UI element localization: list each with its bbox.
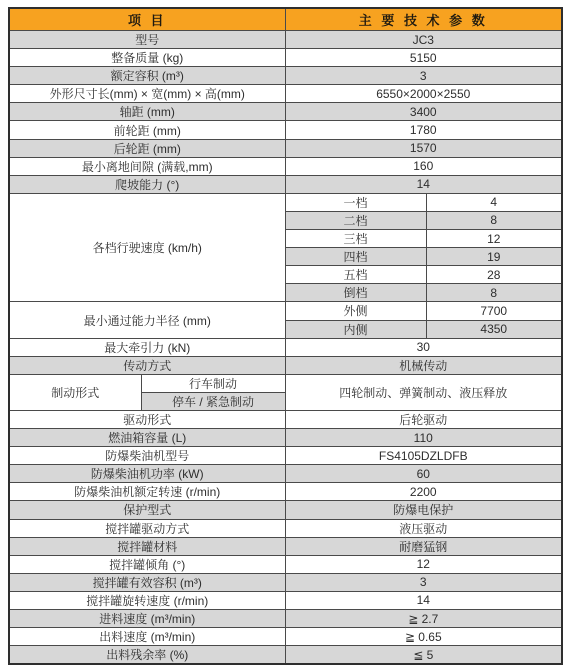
spec-label: 最小离地间隙 (满载,mm) <box>9 157 285 175</box>
spec-label: 出料残余率 (%) <box>9 646 285 665</box>
table-row: 外形尺寸长(mm) × 宽(mm) × 高(mm)6550×2000×2550 <box>9 85 562 103</box>
spec-sublabel: 倒档 <box>285 284 426 302</box>
spec-label-merged: 各档行驶速度 (km/h) <box>9 193 285 302</box>
spec-value: 耐磨猛钢 <box>285 537 562 555</box>
spec-label: 传动方式 <box>9 356 285 374</box>
spec-sublabel: 一档 <box>285 193 426 211</box>
spec-value: 8 <box>426 284 562 302</box>
spec-value: 60 <box>285 465 562 483</box>
table-row: 最大牵引力 (kN)30 <box>9 338 562 356</box>
spec-label: 驱动形式 <box>9 410 285 428</box>
spec-sublabel: 三档 <box>285 230 426 248</box>
spec-value: 14 <box>285 175 562 193</box>
spec-label: 额定容积 (m³) <box>9 67 285 85</box>
spec-label: 搅拌罐有效容积 (m³) <box>9 573 285 591</box>
spec-label: 搅拌罐材料 <box>9 537 285 555</box>
spec-value: 1780 <box>285 121 562 139</box>
table-row: 轴距 (mm)3400 <box>9 103 562 121</box>
header-item-column: 项 目 <box>9 8 285 31</box>
spec-label: 搅拌罐驱动方式 <box>9 519 285 537</box>
table-row: 进料速度 (m³/min)≧ 2.7 <box>9 610 562 628</box>
spec-label-merged: 最小通过能力半径 (mm) <box>9 302 285 338</box>
table-row: 爬坡能力 (°)14 <box>9 175 562 193</box>
table-row: 驱动形式后轮驱动 <box>9 410 562 428</box>
table-row: 搅拌罐旋转速度 (r/min)14 <box>9 591 562 609</box>
spec-label: 外形尺寸长(mm) × 宽(mm) × 高(mm) <box>9 85 285 103</box>
spec-value: 3 <box>285 573 562 591</box>
spec-value: FS4105DZLDFB <box>285 447 562 465</box>
spec-value: ≧ 2.7 <box>285 610 562 628</box>
table-row: 搅拌罐材料耐磨猛钢 <box>9 537 562 555</box>
spec-sublabel: 行车制动 <box>141 374 285 392</box>
table-header-row: 项 目 主 要 技 术 参 数 <box>9 8 562 31</box>
spec-label: 出料速度 (m³/min) <box>9 628 285 646</box>
spec-sublabel: 停车 / 紧急制动 <box>141 392 285 410</box>
table-row: 防爆柴油机功率 (kW)60 <box>9 465 562 483</box>
table-row: 搅拌罐驱动方式液压驱动 <box>9 519 562 537</box>
spec-sheet: 项 目 主 要 技 术 参 数 型号JC3整备质量 (kg)5150额定容积 (… <box>0 0 569 672</box>
spec-label: 前轮距 (mm) <box>9 121 285 139</box>
table-row: 防爆柴油机额定转速 (r/min)2200 <box>9 483 562 501</box>
spec-sublabel: 外侧 <box>285 302 426 320</box>
spec-value: 7700 <box>426 302 562 320</box>
table-row: 各档行驶速度 (km/h)一档4 <box>9 193 562 211</box>
table-row: 额定容积 (m³)3 <box>9 67 562 85</box>
table-row: 后轮距 (mm)1570 <box>9 139 562 157</box>
table-row: 型号JC3 <box>9 31 562 49</box>
spec-label: 最大牵引力 (kN) <box>9 338 285 356</box>
spec-label: 燃油箱容量 (L) <box>9 429 285 447</box>
spec-table-body: 型号JC3整备质量 (kg)5150额定容积 (m³)3外形尺寸长(mm) × … <box>9 31 562 665</box>
header-params-column: 主 要 技 术 参 数 <box>285 8 562 31</box>
spec-value: 2200 <box>285 483 562 501</box>
spec-label: 整备质量 (kg) <box>9 49 285 67</box>
spec-value: JC3 <box>285 31 562 49</box>
spec-value: 1570 <box>285 139 562 157</box>
table-row: 整备质量 (kg)5150 <box>9 49 562 67</box>
table-row: 燃油箱容量 (L)110 <box>9 429 562 447</box>
spec-value: 机械传动 <box>285 356 562 374</box>
spec-value: 28 <box>426 266 562 284</box>
spec-value: 5150 <box>285 49 562 67</box>
spec-value: 防爆电保护 <box>285 501 562 519</box>
table-row: 前轮距 (mm)1780 <box>9 121 562 139</box>
spec-label-merged: 制动形式 <box>9 374 141 410</box>
spec-label: 后轮距 (mm) <box>9 139 285 157</box>
spec-value: ≧ 0.65 <box>285 628 562 646</box>
spec-label: 爬坡能力 (°) <box>9 175 285 193</box>
table-row: 搅拌罐倾角 (°)12 <box>9 555 562 573</box>
spec-value: 19 <box>426 248 562 266</box>
spec-value: 后轮驱动 <box>285 410 562 428</box>
spec-sublabel: 四档 <box>285 248 426 266</box>
spec-value: 12 <box>426 230 562 248</box>
table-row: 防爆柴油机型号FS4105DZLDFB <box>9 447 562 465</box>
spec-sublabel: 二档 <box>285 211 426 229</box>
spec-label: 搅拌罐倾角 (°) <box>9 555 285 573</box>
spec-label: 保护型式 <box>9 501 285 519</box>
table-row: 最小通过能力半径 (mm)外侧7700 <box>9 302 562 320</box>
spec-label: 防爆柴油机额定转速 (r/min) <box>9 483 285 501</box>
table-row: 制动形式行车制动四轮制动、弹簧制动、液压释放 <box>9 374 562 392</box>
table-row: 传动方式机械传动 <box>9 356 562 374</box>
spec-value: 110 <box>285 429 562 447</box>
table-row: 出料速度 (m³/min)≧ 0.65 <box>9 628 562 646</box>
table-row: 出料残余率 (%)≦ 5 <box>9 646 562 665</box>
spec-label: 进料速度 (m³/min) <box>9 610 285 628</box>
table-row: 搅拌罐有效容积 (m³)3 <box>9 573 562 591</box>
spec-label: 搅拌罐旋转速度 (r/min) <box>9 591 285 609</box>
spec-value: 12 <box>285 555 562 573</box>
spec-value: ≦ 5 <box>285 646 562 665</box>
spec-label: 型号 <box>9 31 285 49</box>
spec-label: 防爆柴油机型号 <box>9 447 285 465</box>
spec-sublabel: 五档 <box>285 266 426 284</box>
table-row: 最小离地间隙 (满载,mm)160 <box>9 157 562 175</box>
spec-value: 3400 <box>285 103 562 121</box>
table-row: 保护型式防爆电保护 <box>9 501 562 519</box>
spec-value: 14 <box>285 591 562 609</box>
spec-value: 8 <box>426 211 562 229</box>
spec-value: 4 <box>426 193 562 211</box>
spec-value: 30 <box>285 338 562 356</box>
spec-value: 4350 <box>426 320 562 338</box>
spec-value: 3 <box>285 67 562 85</box>
spec-value: 液压驱动 <box>285 519 562 537</box>
spec-label: 防爆柴油机功率 (kW) <box>9 465 285 483</box>
spec-sublabel: 内侧 <box>285 320 426 338</box>
spec-value-merged: 四轮制动、弹簧制动、液压释放 <box>285 374 562 410</box>
spec-value: 160 <box>285 157 562 175</box>
spec-table: 项 目 主 要 技 术 参 数 型号JC3整备质量 (kg)5150额定容积 (… <box>8 7 563 665</box>
spec-label: 轴距 (mm) <box>9 103 285 121</box>
spec-value: 6550×2000×2550 <box>285 85 562 103</box>
